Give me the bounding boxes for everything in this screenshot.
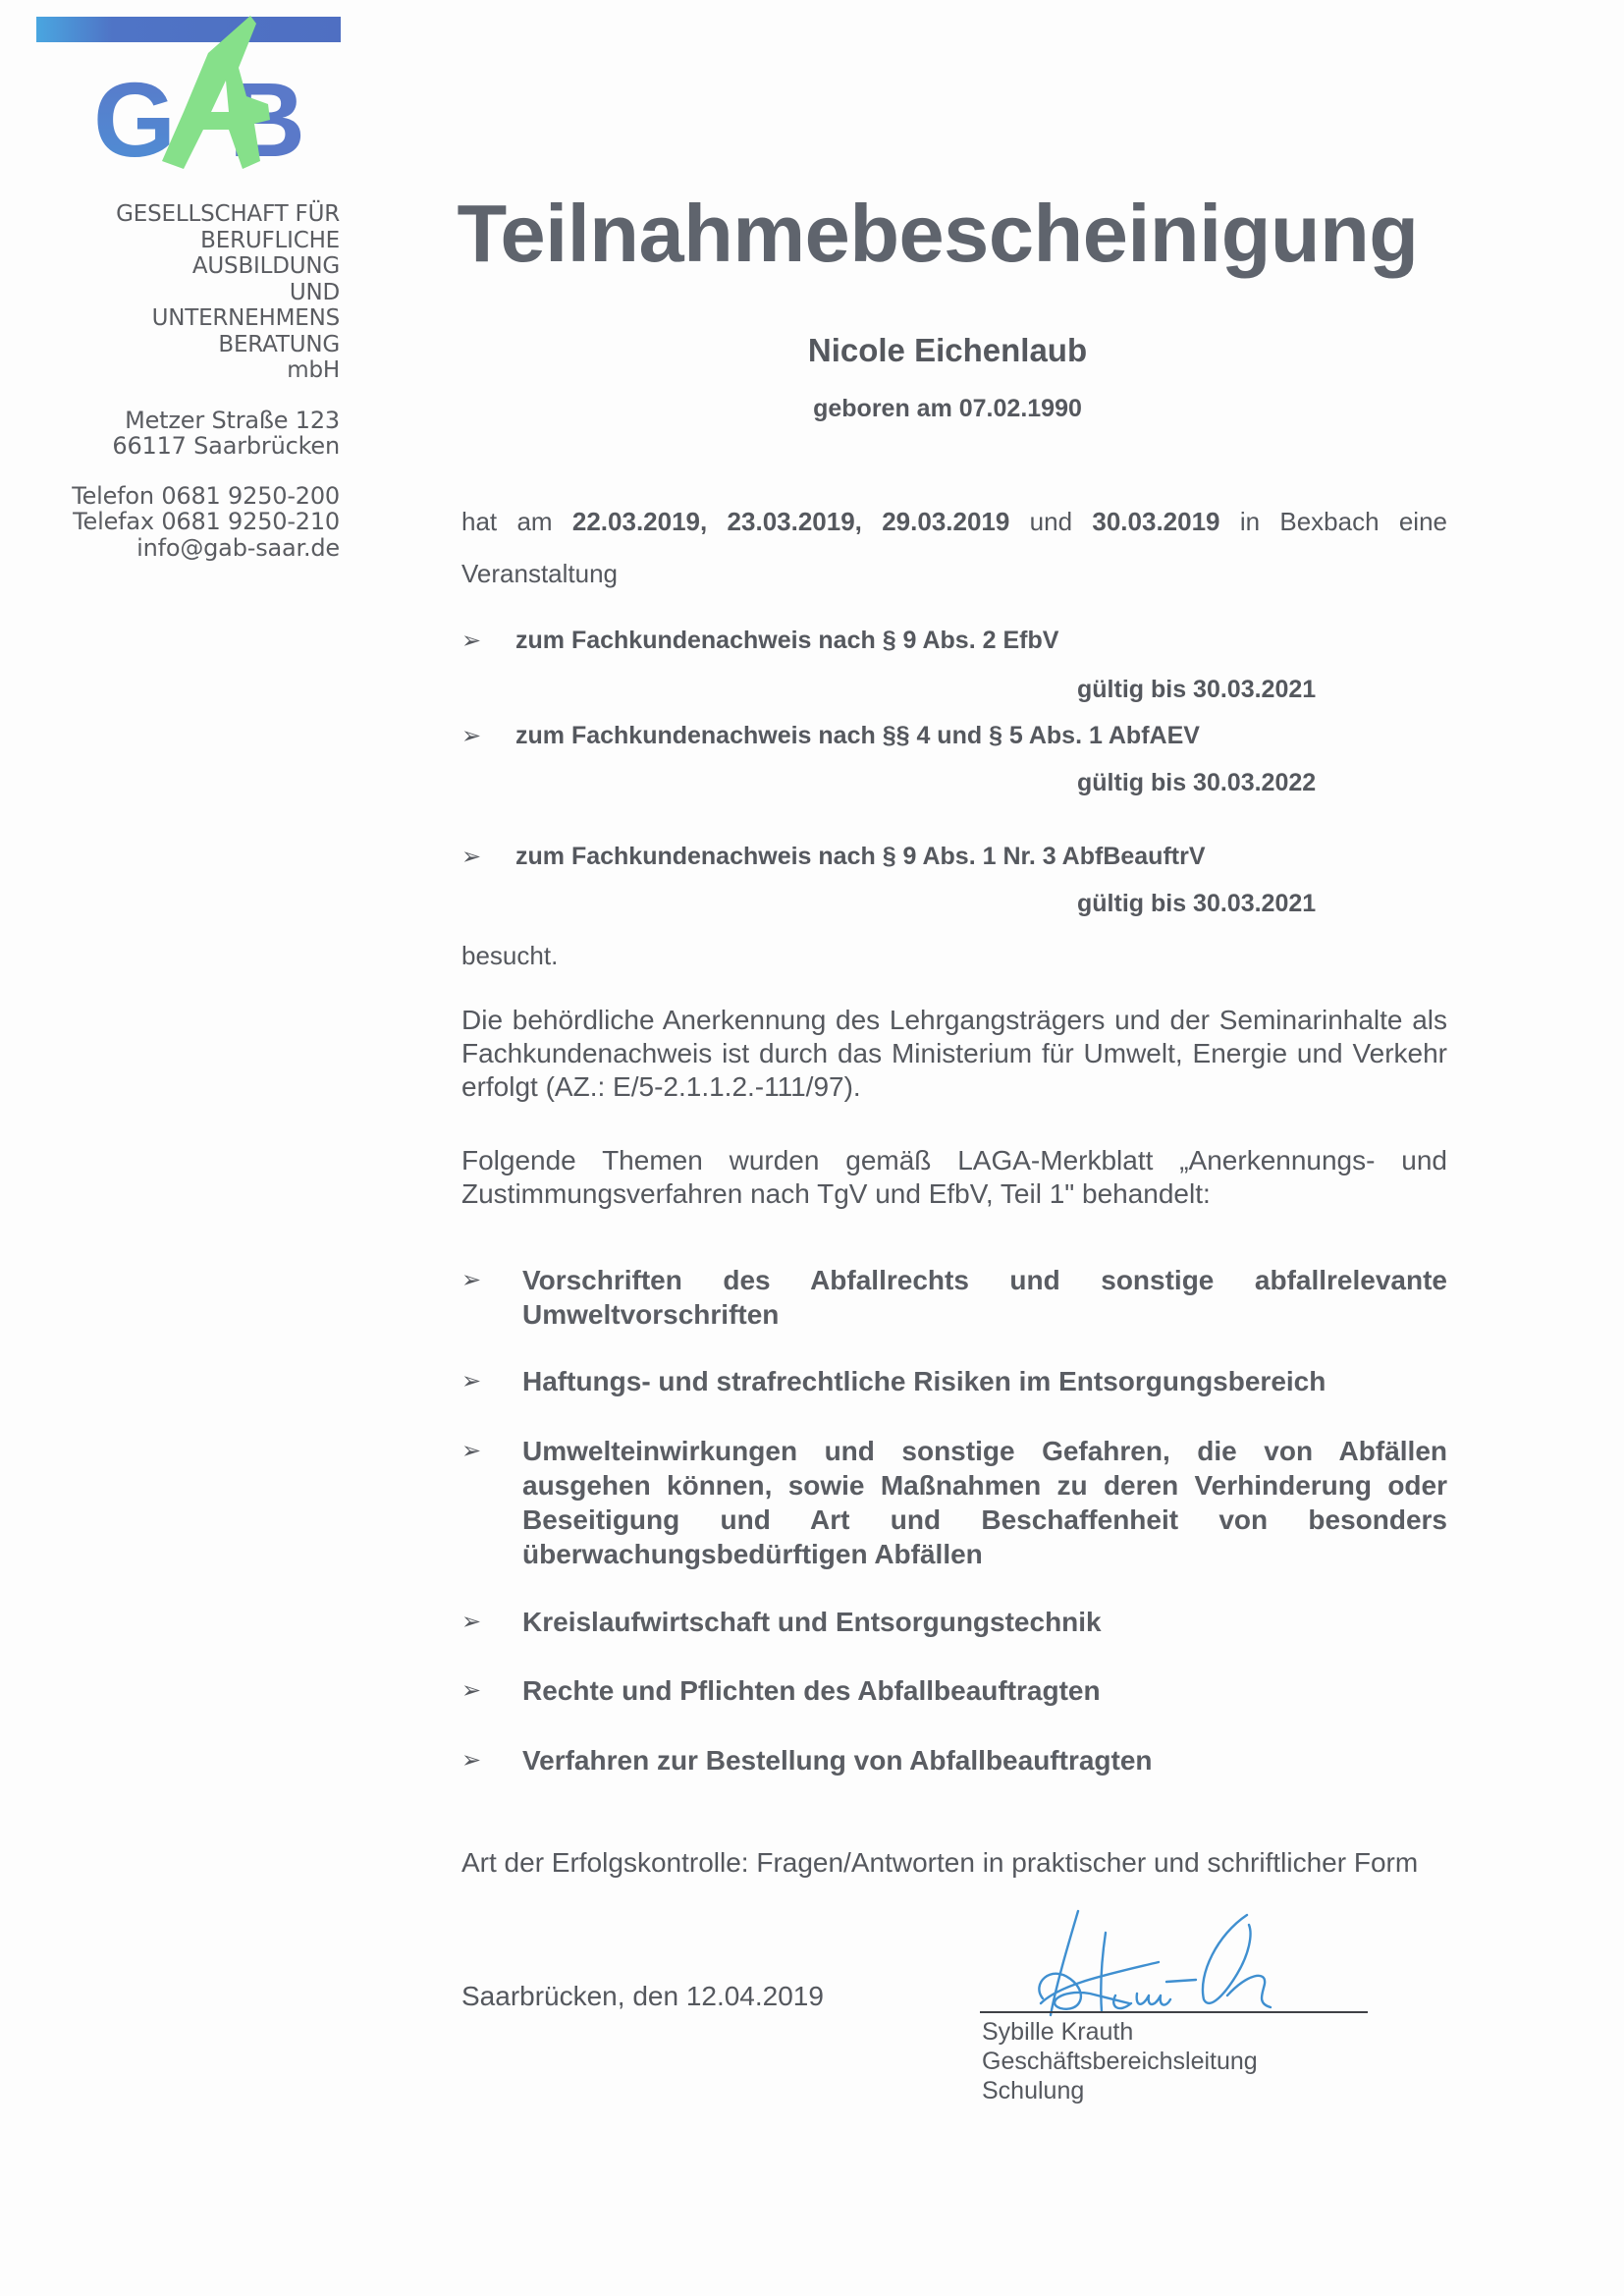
- company-name-line: mbH: [26, 357, 340, 384]
- signer-block: Sybille Krauth Geschäftsbereichsleitung …: [982, 2017, 1258, 2105]
- recognition-paragraph: Die behördliche Anerkennung des Lehrgang…: [461, 1004, 1447, 1104]
- company-letterhead: GESELLSCHAFT FÜR BERUFLICHE AUSBILDUNG U…: [26, 201, 340, 561]
- arrowhead-bullet-icon: ➢: [461, 843, 481, 871]
- date: 23.03.2019,: [728, 507, 862, 536]
- arrowhead-bullet-icon: ➢: [461, 1263, 481, 1297]
- attendance-dates-line: hat am 22.03.2019, 23.03.2019, 29.03.201…: [461, 507, 1447, 537]
- address-street: Metzer Straße 123: [26, 408, 340, 434]
- date: 30.03.2019: [1092, 507, 1219, 536]
- fax: Telefax 0681 9250-210: [26, 509, 340, 535]
- document-title: Teilnahmebescheinigung: [447, 185, 1429, 283]
- attended-text: besucht.: [461, 941, 558, 971]
- arrowhead-bullet-icon: ➢: [461, 1434, 481, 1468]
- signer-department: Schulung: [982, 2076, 1258, 2105]
- validity-date: gültig bis 30.03.2022: [1077, 769, 1316, 797]
- topic-item: ➢ Rechte und Pflichten des Abfallbeauftr…: [461, 1673, 1447, 1708]
- assessment-text: Art der Erfolgskontrolle: Fragen/Antwort…: [461, 1846, 1447, 1880]
- signature-line: [980, 2011, 1368, 2013]
- arrowhead-bullet-icon: ➢: [461, 1743, 481, 1777]
- date: 22.03.2019,: [572, 507, 707, 536]
- logo-bar: [36, 17, 341, 42]
- place-and-date: Saarbrücken, den 12.04.2019: [461, 1981, 824, 2012]
- intro-continuation: Veranstaltung: [461, 559, 618, 589]
- phone: Telefon 0681 9250-200: [26, 483, 340, 510]
- email-link[interactable]: info@gab-saar.de: [26, 535, 340, 562]
- company-name-line: BERATUNG: [26, 332, 340, 358]
- gab-logo: G B: [36, 14, 346, 171]
- arrowhead-bullet-icon: ➢: [461, 722, 481, 750]
- signer-role: Geschäftsbereichsleitung: [982, 2047, 1258, 2076]
- topic-item: ➢ Kreislaufwirtschaft und Entsorgungstec…: [461, 1605, 1447, 1639]
- arrowhead-bullet-icon: ➢: [461, 627, 481, 655]
- validity-date: gültig bis 30.03.2021: [1077, 890, 1316, 918]
- topic-item: ➢ Verfahren zur Bestellung von Abfallbea…: [461, 1743, 1447, 1777]
- company-name-line: UND: [26, 280, 340, 306]
- validity-date: gültig bis 30.03.2021: [1077, 676, 1316, 704]
- topic-item: ➢ Haftungs- und strafrechtliche Risiken …: [461, 1364, 1447, 1398]
- company-name-line: BERUFLICHE: [26, 228, 340, 254]
- handwritten-signature: [1021, 1905, 1316, 2018]
- date: 29.03.2019: [882, 507, 1009, 536]
- address-city: 66117 Saarbrücken: [26, 433, 340, 460]
- logo-letter-g: G: [93, 60, 176, 171]
- topic-item: ➢ Umwelteinwirkungen und sonstige Gefahr…: [461, 1434, 1447, 1571]
- company-name-line: UNTERNEHMENS: [26, 305, 340, 332]
- arrowhead-bullet-icon: ➢: [461, 1605, 481, 1639]
- topic-item: ➢ Vorschriften des Abfallrechts und sons…: [461, 1263, 1447, 1332]
- arrowhead-bullet-icon: ➢: [461, 1673, 481, 1708]
- arrowhead-bullet-icon: ➢: [461, 1364, 481, 1398]
- birth-date: geboren am 07.02.1990: [687, 395, 1208, 423]
- participant-name: Nicole Eichenlaub: [687, 332, 1208, 369]
- company-name-line: AUSBILDUNG: [26, 253, 340, 280]
- company-name-line: GESELLSCHAFT FÜR: [26, 201, 340, 228]
- themes-intro-paragraph: Folgende Themen wurden gemäß LAGA-Merkbl…: [461, 1144, 1447, 1211]
- signer-name: Sybille Krauth: [982, 2017, 1258, 2047]
